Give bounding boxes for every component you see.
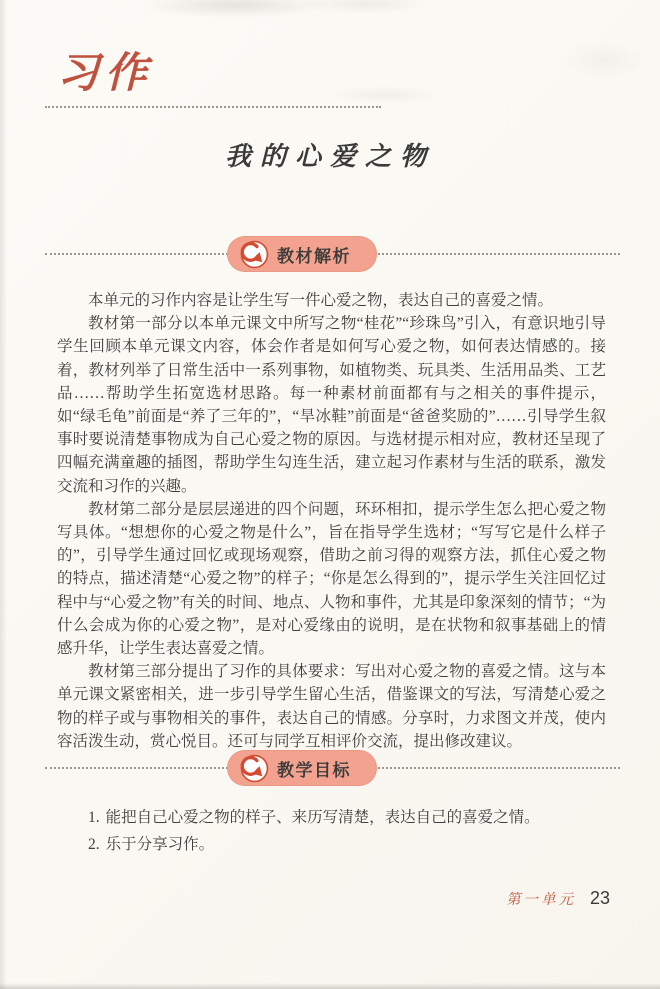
section-header-textbook-analysis: 教材解析 bbox=[45, 236, 620, 274]
footer-unit-label: 第一单元 bbox=[506, 888, 576, 909]
curved-arrow-icon bbox=[240, 754, 269, 783]
list-item: 2.乐于分享习作。 bbox=[57, 831, 606, 858]
section-badge: 教材解析 bbox=[227, 236, 377, 272]
page-title: 我的心爱之物 bbox=[0, 136, 660, 173]
list-item-text: 乐于分享习作。 bbox=[106, 836, 215, 853]
textbook-analysis-body: 本单元的习作内容是让学生写一件心爱之物，表达自己的喜爱之情。 教材第一部分以本单… bbox=[57, 289, 606, 753]
objectives-list: 1.能把自己心爱之物的样子、来历写清楚，表达自己的喜爱之情。 2.乐于分享习作。 bbox=[57, 804, 606, 858]
badge-label: 教材解析 bbox=[277, 242, 351, 267]
footer-page-number: 23 bbox=[590, 888, 610, 909]
scan-smudge bbox=[330, 86, 440, 104]
section-header-teaching-objectives: 教学目标 bbox=[45, 750, 620, 788]
list-item-number: 2. bbox=[88, 836, 100, 853]
header-dotted-rule bbox=[45, 106, 381, 108]
list-item: 1.能把自己心爱之物的样子、来历写清楚，表达自己的喜爱之情。 bbox=[57, 804, 606, 831]
section-badge: 教学目标 bbox=[227, 750, 377, 786]
scan-smudge bbox=[300, 0, 430, 14]
scan-smudge bbox=[560, 40, 650, 80]
textbook-page: 习作 我的心爱之物 教材解析 本单元的习作内容是让学生写一件心爱之物，表达自己的… bbox=[0, 0, 660, 989]
curved-arrow-icon bbox=[240, 240, 269, 269]
scan-edge-bottom bbox=[0, 983, 660, 989]
list-item-number: 1. bbox=[88, 809, 100, 826]
badge-label: 教学目标 bbox=[277, 756, 351, 781]
section-label: 习作 bbox=[57, 50, 153, 98]
list-item-text: 能把自己心爱之物的样子、来历写清楚，表达自己的喜爱之情。 bbox=[106, 809, 540, 826]
paragraph: 教材第一部分以本单元课文中所写之物“桂花”“珍珠鸟”引入，有意识地引导学生回顾本… bbox=[57, 312, 606, 498]
paragraph: 本单元的习作内容是让学生写一件心爱之物，表达自己的喜爱之情。 bbox=[57, 289, 606, 312]
page-footer: 第一单元 23 bbox=[506, 888, 610, 909]
paragraph: 教材第三部分提出了习作的具体要求：写出对心爱之物的喜爱之情。这与本单元课文紧密相… bbox=[57, 660, 606, 753]
paragraph: 教材第二部分是层层递进的四个问题，环环相扣，提示学生怎么把心爱之物写具体。“想想… bbox=[57, 498, 606, 660]
scan-smudge bbox=[140, 0, 330, 18]
